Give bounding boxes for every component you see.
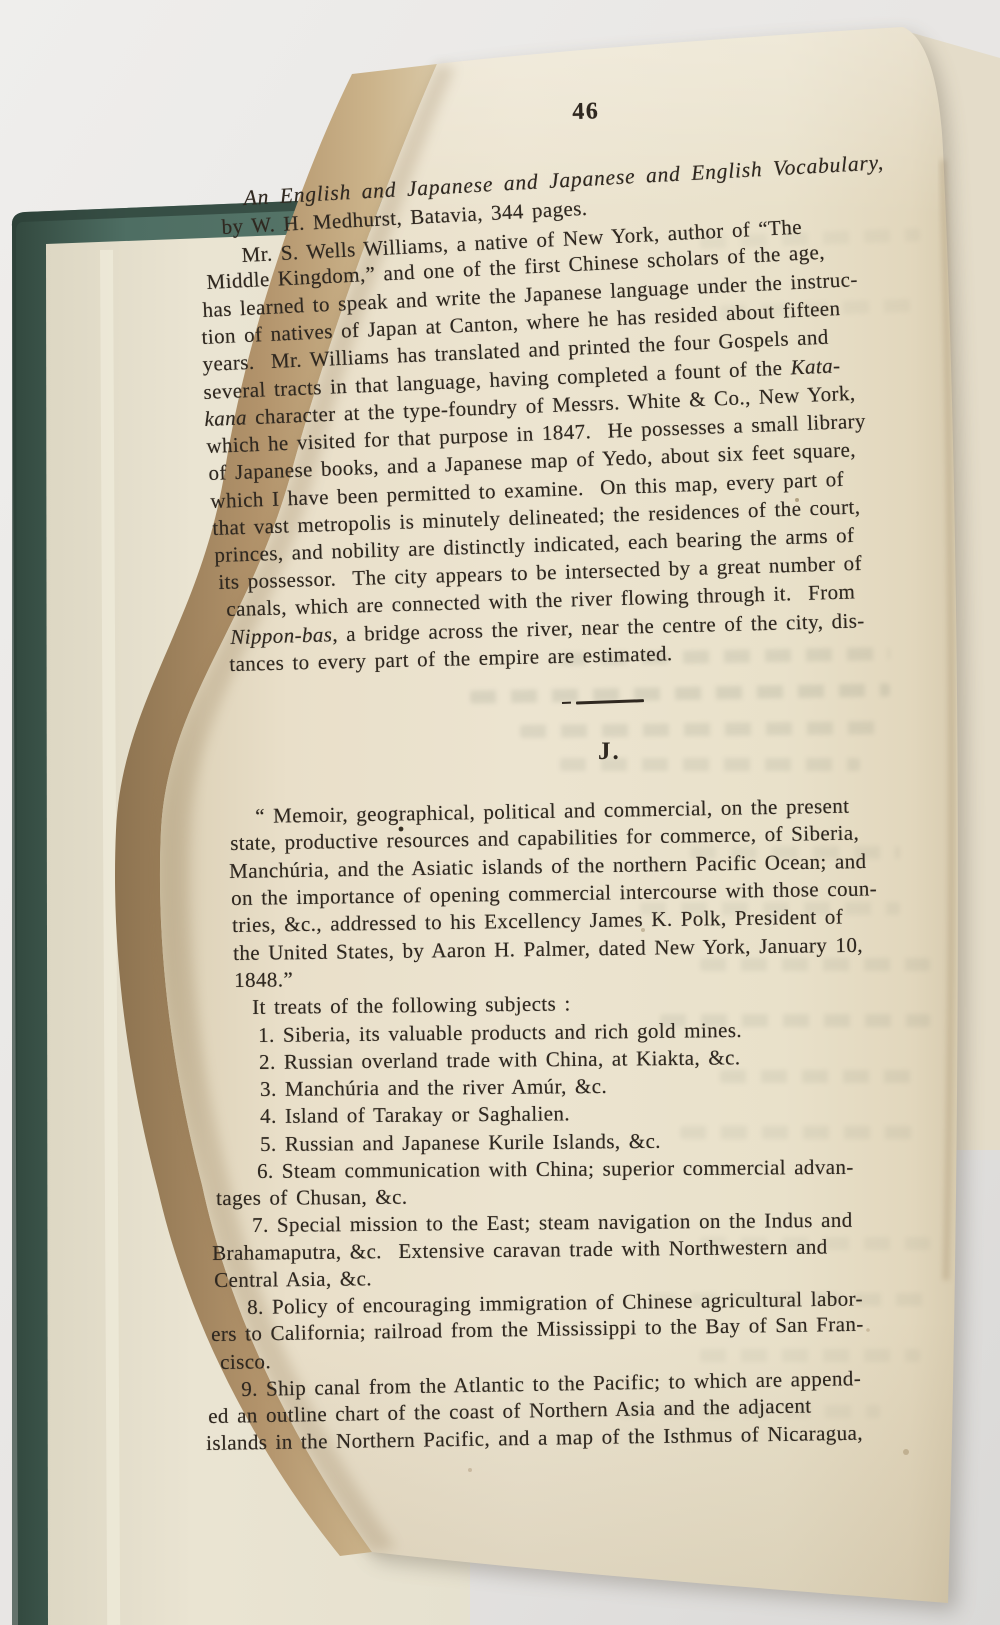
list-item: Brahamaputra, &c. Extensive caravan trad… [212,1235,828,1265]
page-text: 46 An English and Japanese and Japanese … [0,0,1000,1625]
bleed-through [700,1349,920,1362]
bleed-through [520,721,880,738]
list-item: 7. Special mission to the East; steam na… [252,1208,853,1237]
list-item: 6. Steam communication with China; super… [257,1155,854,1183]
text-segment: Kata- [790,353,841,379]
bleed-through [470,683,890,703]
bleed-through [680,1126,920,1139]
text-line: 1848.” [234,967,293,992]
text-segment: Nippon-bas [230,622,333,649]
list-item: cisco. [220,1349,271,1374]
section-heading: J. [598,740,621,764]
list-item: 1. Siberia, its valuable products and ri… [258,1018,742,1047]
bleed-through [720,1070,920,1083]
list-item: 4. Island of Tarakay or Saghalien. [260,1101,570,1128]
list-item: Central Asia, &c. [214,1266,372,1292]
divider-dash-icon [562,702,571,704]
page-number: 46 [572,99,600,124]
list-item: tages of Chusan, &c. [216,1185,408,1210]
text-line: It treats of the following subjects : [252,991,571,1019]
bleed-through [700,958,930,971]
book-photo: 46 An English and Japanese and Japanese … [0,0,1000,1625]
text-line: tries, &c., addressed to his Excellency … [232,904,843,937]
list-item: 2. Russian overland trade with China, at… [259,1045,741,1074]
text-segment: kana [204,405,247,431]
list-item: 3. Manchúria and the river Amúr, &c. [260,1074,607,1101]
list-item: 5. Russian and Japanese Kurile Islands, … [260,1129,661,1156]
